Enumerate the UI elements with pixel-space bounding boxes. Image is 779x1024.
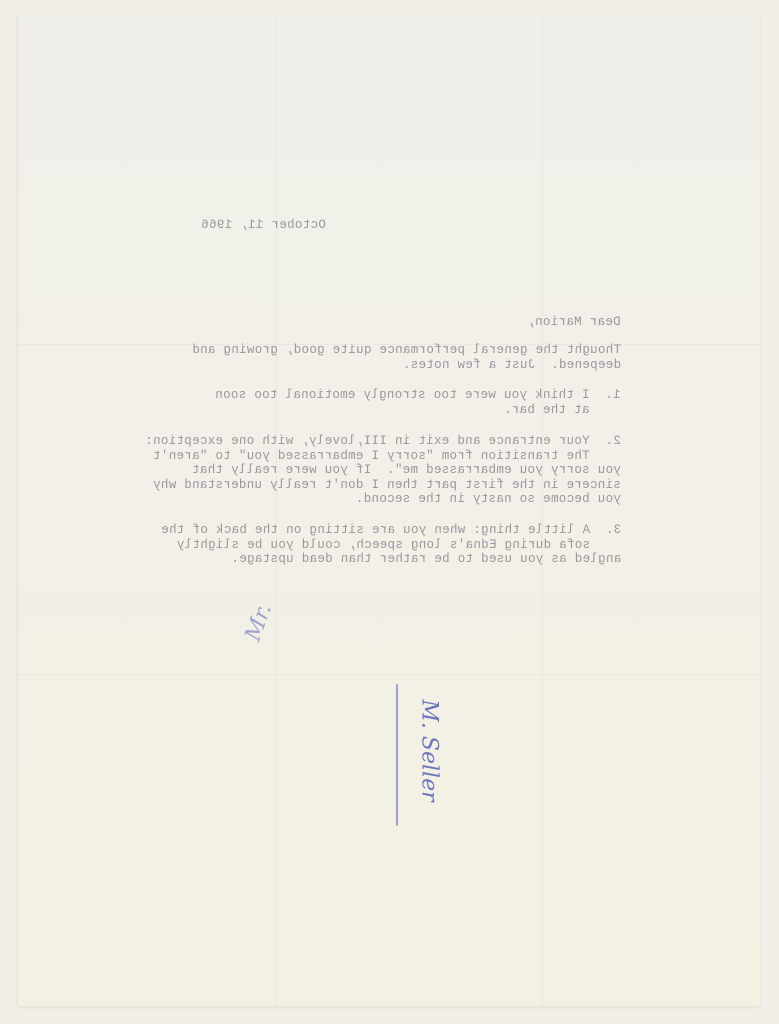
note-3: 3. A little thing: when you are sitting …	[161, 523, 621, 567]
fold-line	[18, 674, 760, 675]
note-2: 2. Your entrance and exit in III,lovely,…	[145, 434, 621, 507]
signature-underline	[396, 684, 398, 826]
signature: M. Seller	[417, 699, 442, 801]
intro-paragraph: Thought the general performance quite go…	[192, 343, 621, 372]
fold-line	[542, 14, 543, 1006]
letter-date: October 11, 1966	[201, 218, 326, 233]
salutation: Dear Marion,	[527, 315, 621, 330]
letter-sheet	[18, 14, 760, 1006]
note-1: 1. I think you were too strongly emotion…	[215, 388, 621, 417]
fold-line	[276, 14, 277, 1006]
